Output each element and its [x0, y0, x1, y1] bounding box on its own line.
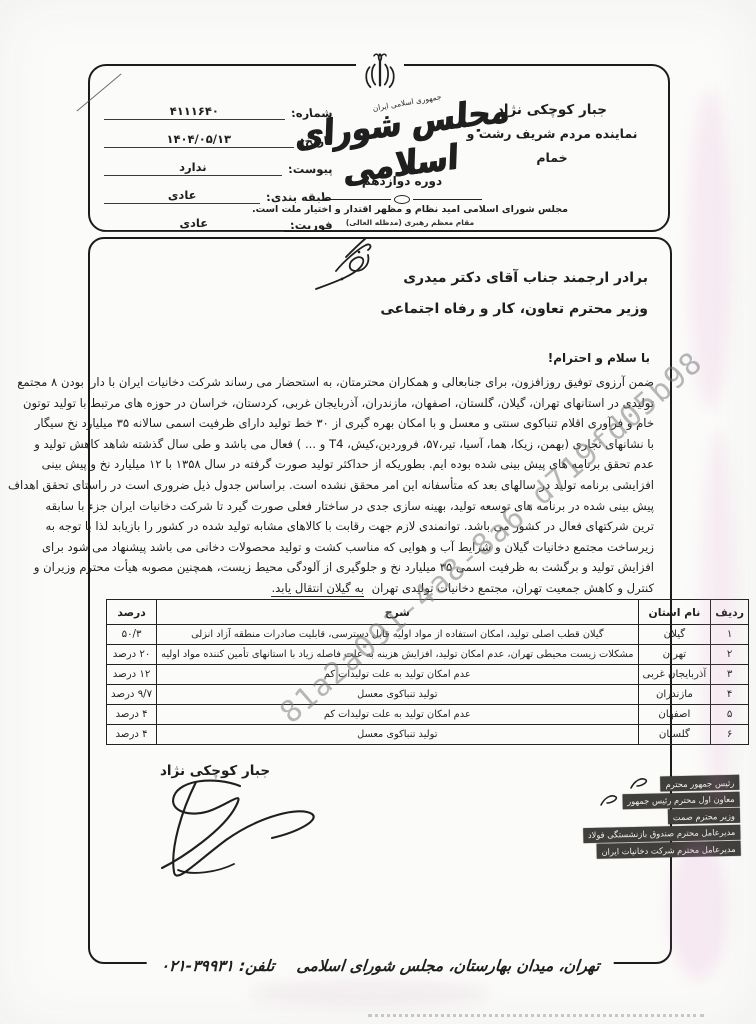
- cell-row: ۴: [711, 685, 749, 705]
- paragraph-line: ترین شرکتهای فعال در کشور می باشد. توانم…: [106, 516, 654, 537]
- classification-value: عادی: [104, 188, 260, 204]
- letter-paragraph: ضمن آرزوی توفیق روزافزون، برای جنابعالی …: [106, 372, 654, 599]
- footer-phone: تلفن: ۳۹۹۳۱-۰۲۱: [160, 957, 275, 975]
- attachment-value: ندارد: [104, 160, 282, 176]
- table-row: ۲ تهران مشکلات زیست محیطی تهران، عدم امک…: [107, 645, 749, 665]
- cell-province: آذربایجان غربی: [638, 665, 711, 685]
- salutation: برادر ارجمند جناب آقای دکتر میدری وزیر م…: [380, 263, 648, 325]
- cell-province: تهران: [638, 645, 711, 665]
- paragraph-line: عدم تحقق برنامه های پیش بینی شده بوده ای…: [106, 454, 654, 475]
- salutation-line-2: وزیر محترم تعاون، کار و رفاه اجتماعی: [380, 294, 648, 325]
- paragraph-line: زیرساخت مجتمع دخانیات گیلان و شرایط آب و…: [106, 537, 654, 558]
- scanned-letter-page: شماره: ۴۱۱۱۶۴۰ تاریخ: ۱۴۰۴/۰۵/۱۳ پیوست: …: [0, 0, 756, 1024]
- salutation-line-1: برادر ارجمند جناب آقای دکتر میدری: [380, 263, 648, 294]
- table-header-row: ردیف نام استان شرح درصد: [107, 600, 749, 625]
- col-header-percent: درصد: [107, 600, 157, 625]
- province-table: ردیف نام استان شرح درصد ۱ گیلان گیلان قط…: [106, 599, 749, 745]
- table-row: ۴ مازندران تولید تنباکوی معسل ۹/۷ درصد: [107, 685, 749, 705]
- divider-gem-icon: [394, 195, 410, 204]
- scan-smudge: [688, 90, 732, 410]
- cell-province: مازندران: [638, 685, 711, 705]
- scan-smudge: [668, 840, 728, 980]
- cell-description: عدم امکان تولید به علت تولیدات کم: [157, 665, 638, 685]
- cell-description: مشکلات زیست محیطی تهران، عدم امکان تولید…: [157, 645, 638, 665]
- representative-block: جبار کوچکی نژاد نماینده مردم شریف رشت و …: [452, 98, 652, 170]
- cell-province: گیلان: [638, 625, 711, 645]
- slogan-attribution: مقام معظم رهبری (مدظله العالی): [200, 218, 620, 227]
- paragraph-line: ضمن آرزوی توفیق روزافزون، برای جنابعالی …: [106, 372, 654, 393]
- handwritten-annotation-icon: [628, 774, 650, 798]
- number-value: ۴۱۱۱۶۴۰: [104, 104, 285, 120]
- cell-description: تولید تنباکوی معسل: [157, 685, 638, 705]
- footer-address: تهران، میدان بهارستان، مجلس شورای اسلامی: [296, 957, 600, 975]
- paragraph-line: افزایشی برنامه تولید در سالهای بعد که مت…: [106, 475, 654, 496]
- col-header-description: شرح: [157, 600, 638, 625]
- copy-band: مدیرعامل محترم شرکت دخانیات ایران: [596, 841, 740, 859]
- cell-row: ۵: [711, 705, 749, 725]
- divider-line-right: [413, 199, 482, 200]
- table-row: ۱ گیلان گیلان قطب اصلی تولید، امکان استف…: [107, 625, 749, 645]
- cell-percent: ۱۲ درصد: [107, 665, 157, 685]
- cell-percent: ۲۰ درصد: [107, 645, 157, 665]
- cell-description: گیلان قطب اصلی تولید، امکان استفاده از م…: [157, 625, 638, 645]
- besmeh-taali-calligraphy-icon: [302, 231, 380, 307]
- table-row: ۳ آذربایجان غربی عدم امکان تولید به علت …: [107, 665, 749, 685]
- scan-dotted-line: [368, 1014, 704, 1017]
- col-header-province: نام استان: [638, 600, 711, 625]
- representative-name: جبار کوچکی نژاد: [452, 98, 652, 122]
- underlined-phrase: به گیلان انتقال یابد.: [271, 581, 363, 597]
- cell-row: ۳: [711, 665, 749, 685]
- greeting-line: با سلام و احترام!: [548, 351, 650, 365]
- handwritten-annotation-icon: [598, 791, 620, 815]
- divider-line-left: [322, 199, 391, 200]
- date-value: ۱۴۰۴/۰۵/۱۳: [104, 132, 294, 148]
- cell-row: ۶: [711, 725, 749, 745]
- footer-address-line: تهران، میدان بهارستان، مجلس شورای اسلامی…: [147, 957, 614, 975]
- cell-row: ۱: [711, 625, 749, 645]
- table-row: ۶ گلستان تولید تنباکوی معسل ۴ درصد: [107, 725, 749, 745]
- iran-emblem-icon: [356, 46, 404, 104]
- cell-percent: ۹/۷ درصد: [107, 685, 157, 705]
- paragraph-line: پیش بینی شده در برنامه های توسعه تولید، …: [106, 496, 654, 517]
- paragraph-line: تولیدی در استانهای تهران، گیلان، گلستان،…: [106, 393, 654, 414]
- representative-title: نماینده مردم شریف رشت و خمام: [452, 122, 652, 170]
- paragraph-last-line: کنترل و کاهش جمعیت تهران، مجتمع دخانیات …: [106, 578, 654, 599]
- copy-row: مدیرعامل محترم شرکت دخانیات ایران: [531, 841, 741, 862]
- header-divider-ornament: [322, 195, 482, 204]
- last-line-text: کنترل و کاهش جمعیت تهران، مجتمع دخانیات …: [372, 581, 654, 595]
- table-row: ۵ اصفهان عدم امکان تولید به علت تولیدات …: [107, 705, 749, 725]
- paragraph-line: افزایش تولید و برگشت به ظرفیت اسمی ۳۵ می…: [106, 557, 654, 578]
- paragraph-line: با نشانهای تجاری (بهمن، زیکا، هما، آسیا،…: [106, 434, 654, 455]
- cell-province: گلستان: [638, 725, 711, 745]
- cell-row: ۲: [711, 645, 749, 665]
- cell-percent: ۴ درصد: [107, 705, 157, 725]
- paragraph-line: خام و فرآوری اقلام تنباکوی سنتی و معسل و…: [106, 413, 654, 434]
- cell-percent: ۵۰/۳: [107, 625, 157, 645]
- cell-province: اصفهان: [638, 705, 711, 725]
- copy-band: مدیرعامل محترم صندوق بازنشستگی فولاد: [583, 824, 741, 842]
- cell-description: عدم امکان تولید به علت تولیدات کم: [157, 705, 638, 725]
- scan-smudge: [250, 978, 490, 1008]
- copy-band: وزیر محترم صمت: [668, 808, 740, 825]
- col-header-row-number: ردیف: [711, 600, 749, 625]
- assembly-term-label: دوره دوازدهم: [312, 174, 492, 188]
- slogan-text: مجلس شورای اسلامی امید نظام و مظهر اقتدا…: [200, 204, 620, 215]
- cell-percent: ۴ درصد: [107, 725, 157, 745]
- letterhead-box: شماره: ۴۱۱۱۶۴۰ تاریخ: ۱۴۰۴/۰۵/۱۳ پیوست: …: [88, 64, 670, 232]
- cell-description: تولید تنباکوی معسل: [157, 725, 638, 745]
- handwritten-signature-icon: [122, 772, 337, 891]
- copy-band: رئیس جمهور محترم: [660, 775, 739, 792]
